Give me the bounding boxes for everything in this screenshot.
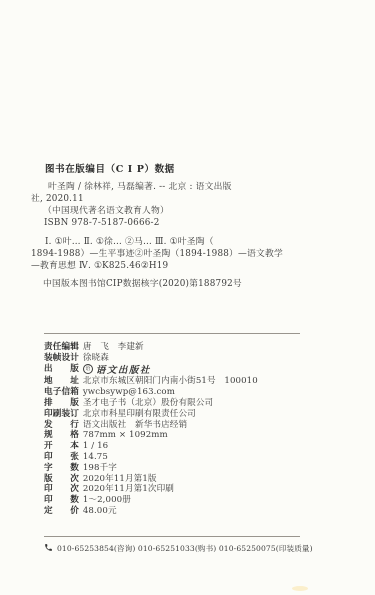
colophon-row: 责任编辑 唐 飞 李建新: [44, 342, 258, 353]
cip-record-number: 中国版本图书馆CIP数据核字(2020)第188792号: [30, 278, 350, 290]
colophon-value: 圣才电子书（北京）股份有限公司: [83, 398, 213, 408]
book-copyright-page: 图书在版编目（C I P）数据 叶圣陶 / 徐林祥, 马磊编著. -- 北京 :…: [0, 0, 375, 595]
publisher-seal-icon: 语: [83, 364, 93, 374]
colophon-value: 2020年11月第1版: [83, 474, 157, 484]
colophon-label: 定价: [44, 506, 79, 517]
cip-line-classification: Ⅰ. ①叶… Ⅱ. ①徐… ②马… Ⅲ. ①叶圣陶（: [30, 236, 350, 248]
colophon-label: 开本: [44, 441, 79, 452]
colophon-row-publisher: 出版 语语文出版社: [44, 364, 258, 377]
colophon-label: 电子信箱: [44, 387, 79, 398]
colophon-row: 电子信箱 ywcbsywp@163.com: [44, 387, 258, 398]
colophon-label: 装帧设计: [44, 353, 79, 364]
colophon-row: 排版 圣才电子书（北京）股份有限公司: [44, 398, 258, 409]
scan-artifact: [292, 586, 308, 591]
cip-line-title-wrap: 社, 2020.11: [30, 193, 350, 205]
contact-phones-row: 010-65253854(咨询) 010-65251033(购书) 010-65…: [44, 543, 313, 554]
colophon-value: 48.00元: [83, 506, 117, 516]
colophon-value: 北京市科星印刷有限责任公司: [83, 409, 196, 419]
publisher-logotype: 语文出版社: [96, 365, 151, 376]
colophon-label: 责任编辑: [44, 342, 79, 353]
colophon-label: 印数: [44, 495, 79, 506]
colophon-value: 2020年11月第1次印刷: [83, 484, 174, 494]
colophon-value: 语文出版社 新华书店经销: [83, 420, 187, 430]
colophon-value: 787mm × 1092mm: [83, 430, 168, 440]
cip-header: 图书在版编目（C I P）数据: [45, 161, 175, 175]
colophon-row: 开本 1 / 16: [44, 441, 258, 452]
colophon-value: ywcbsywp@163.com: [83, 387, 175, 397]
colophon-label: 印刷装订: [44, 409, 79, 420]
colophon-row: 印数 1～2,000册: [44, 495, 258, 506]
phone-icon: [44, 543, 53, 552]
cip-line-series: （中国现代著名语文教育人物）: [30, 205, 350, 217]
colophon-label: 发行: [44, 420, 79, 431]
colophon-value: 徐晓森: [83, 353, 109, 363]
colophon-row: 印刷装订 北京市科星印刷有限责任公司: [44, 409, 258, 420]
colophon-label: 版次: [44, 474, 79, 485]
cip-line-classification-end: —教育思想 Ⅳ. ①K825.46②H19: [30, 260, 350, 272]
colophon-value: 198千字: [83, 463, 117, 473]
colophon-row: 字数 198千字: [44, 463, 258, 474]
contact-phones-text: 010-65253854(咨询) 010-65251033(购书) 010-65…: [57, 544, 313, 553]
colophon-row: 版次 2020年11月第1版: [44, 474, 258, 485]
colophon-row: 印张 14.75: [44, 452, 258, 463]
colophon-row: 印次 2020年11月第1次印刷: [44, 484, 258, 495]
colophon-row: 地址 北京市东城区朝阳门内南小街51号 100010: [44, 376, 258, 387]
colophon-value: 1 / 16: [83, 441, 108, 451]
colophon-label: 印张: [44, 452, 79, 463]
colophon-value: 北京市东城区朝阳门内南小街51号 100010: [83, 376, 258, 386]
colophon-value: 唐 飞 李建新: [83, 342, 144, 352]
colophon-row: 发行 语文出版社 新华书店经销: [44, 420, 258, 431]
divider-line-top: [44, 333, 300, 334]
colophon-label: 出版: [44, 364, 79, 375]
colophon-row: 规格 787mm × 1092mm: [44, 430, 258, 441]
colophon-value: 语语文出版社: [83, 366, 151, 376]
cip-line-title: 叶圣陶 / 徐林祥, 马磊编著. -- 北京 : 语文出版: [30, 181, 350, 193]
colophon-label: 规格: [44, 430, 79, 441]
colophon-label: 排版: [44, 398, 79, 409]
colophon-value: 14.75: [83, 452, 108, 462]
cip-line-isbn: ISBN 978-7-5187-0666-2: [30, 217, 350, 229]
colophon-label: 字数: [44, 463, 79, 474]
cip-block: 叶圣陶 / 徐林祥, 马磊编著. -- 北京 : 语文出版 社, 2020.11…: [30, 181, 350, 290]
cip-line-classification-wrap: 1894-1988）—生平事迹②叶圣陶（1894-1988）—语文教学: [30, 248, 350, 260]
colophon-value: 1～2,000册: [83, 495, 131, 505]
colophon-label: 印次: [44, 484, 79, 495]
colophon-row: 定价 48.00元: [44, 506, 258, 517]
divider-line-bottom: [44, 536, 300, 537]
colophon-row: 装帧设计 徐晓森: [44, 353, 258, 364]
colophon-label: 地址: [44, 376, 79, 387]
colophon-block: 责任编辑 唐 飞 李建新 装帧设计 徐晓森 出版 语语文出版社 地址 北京市东城…: [44, 342, 258, 517]
